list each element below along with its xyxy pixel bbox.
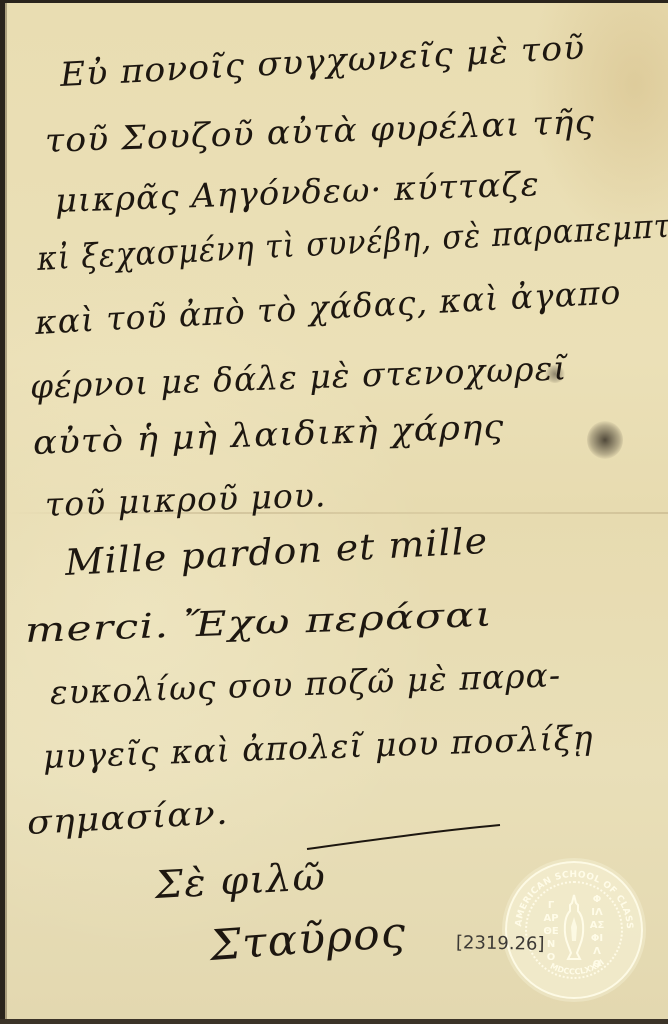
ink-smudge (545, 365, 565, 383)
letter-line-6: φέρνοι με δάλε μὲ στενοχωρεῖ (29, 348, 568, 406)
letter-page: Εὐ πονοῖς συγχωνεῖς μὲ τοῦ τοῦ Σουζοῦ αὐ… (5, 3, 668, 1019)
letter-signature: Σταῦρος (208, 907, 408, 970)
letter-line-13: σημασίαν. (26, 792, 229, 842)
letter-line-5: καὶ τοῦ ἀπὸ τὸ χάδας, καὶ ἀγαπο (34, 272, 622, 342)
closing-flourish (305, 823, 505, 853)
archive-embossed-seal: AMERICAN SCHOOL OF CLASSICAL STUDIES AT … (505, 861, 643, 999)
scan-bottom-edge (0, 1019, 668, 1024)
letter-line-3: μικρᾶς Αηγόνδεω· κύτταζε (54, 164, 540, 220)
letter-line-7: αὐτὸ ἡ μὴ λαιδικὴ χάρης (32, 407, 505, 462)
letter-line-10: merci. Ἔχω περάσαι (24, 595, 493, 651)
letter-line-11: ευκολίως σου ποζῶ μὲ παρα- (49, 655, 561, 712)
letter-line-8: τοῦ μικροῦ μου. (44, 475, 327, 524)
letter-closing: Σὲ φιλῶ (154, 854, 327, 907)
seal-right-letters: Φ ΙΛ ΑΣ ΦΙ Λ Ο (587, 893, 607, 971)
letter-line-12: μυγεῖς καὶ ἀπολεῖ μου ποσλίξῃ (42, 718, 594, 776)
catalog-number: [2319.26] (456, 932, 545, 955)
letter-line-9: Mille pardon et mille (64, 521, 489, 584)
ink-smudge (587, 421, 623, 459)
letter-line-1: Εὐ πονοῖς συγχωνεῖς μὲ τοῦ (59, 28, 586, 94)
seal-vase-icon (562, 893, 586, 963)
letter-line-2: τοῦ Σουζοῦ αὐτὰ φυρέλαι τῆς (44, 102, 595, 160)
